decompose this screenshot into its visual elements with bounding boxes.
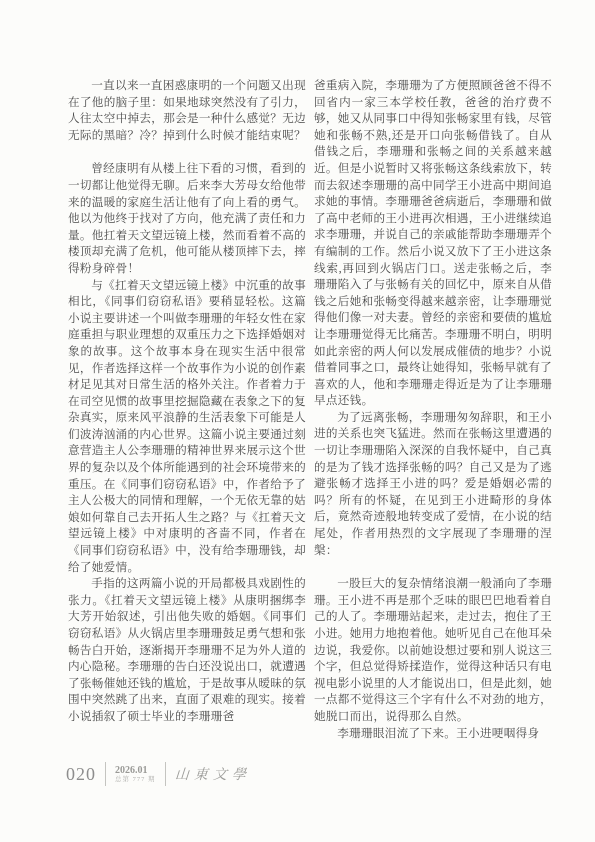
right-text-column: 爸重病入院，李珊珊为了方便照顾爸爸不得不回省内一家三本学校任教，爸爸的治疗费不够…: [314, 78, 552, 742]
footer-divider: [165, 762, 166, 786]
paragraph: 与《扛着天文望远镜上楼》中沉重的故事相比，《同事们窃窃私语》要稍显轻松。这篇小说…: [68, 278, 306, 577]
paragraph: 李珊珊眼泪流了下来。王小进哽咽得身: [314, 726, 552, 743]
left-text-column: 一直以来一直困惑康明的一个问题又出现在了他的脑子里：如果地球突然没有了引力，人往…: [68, 78, 306, 726]
paragraph: 爸重病入院，李珊珊为了方便照顾爸爸不得不回省内一家三本学校任教，爸爸的治疗费不够…: [314, 78, 552, 410]
magazine-logo: 山東文學: [174, 764, 251, 784]
magazine-page: 一直以来一直困惑康明的一个问题又出现在了他的脑子里：如果地球突然没有了引力，人往…: [0, 0, 595, 842]
issue-date: 2026.01: [115, 765, 156, 777]
paragraph: 为了远离张畅，李珊珊匆匆辞职，和王小进的关系也突飞猛进。然而在张畅这里遭遇的一切…: [314, 410, 552, 559]
paragraph: 一直以来一直困惑康明的一个问题又出现在了他的脑子里：如果地球突然没有了引力，人往…: [68, 78, 306, 144]
page-footer: 020 2026.01 总第 777 期 山東文學: [66, 762, 251, 786]
paragraph: 曾经康明有从楼上往下看的习惯，看到的一切都让他觉得无聊。后来李大芳母女给他带来的…: [68, 161, 306, 277]
issue-info: 2026.01 总第 777 期: [115, 765, 156, 784]
paragraph: 手指的这两篇小说的开局都极具戏剧性的张力。《扛着天文望远镜上楼》从康明捆绑李大芳…: [68, 576, 306, 725]
issue-number: 总第 777 期: [115, 776, 156, 783]
paragraph: 一股巨大的复杂情绪浪潮一般涌向了李珊珊。王小进不再是那个乏味的眼巴巴地看着自己的…: [314, 576, 552, 725]
footer-divider: [105, 762, 106, 786]
page-number: 020: [66, 764, 96, 785]
